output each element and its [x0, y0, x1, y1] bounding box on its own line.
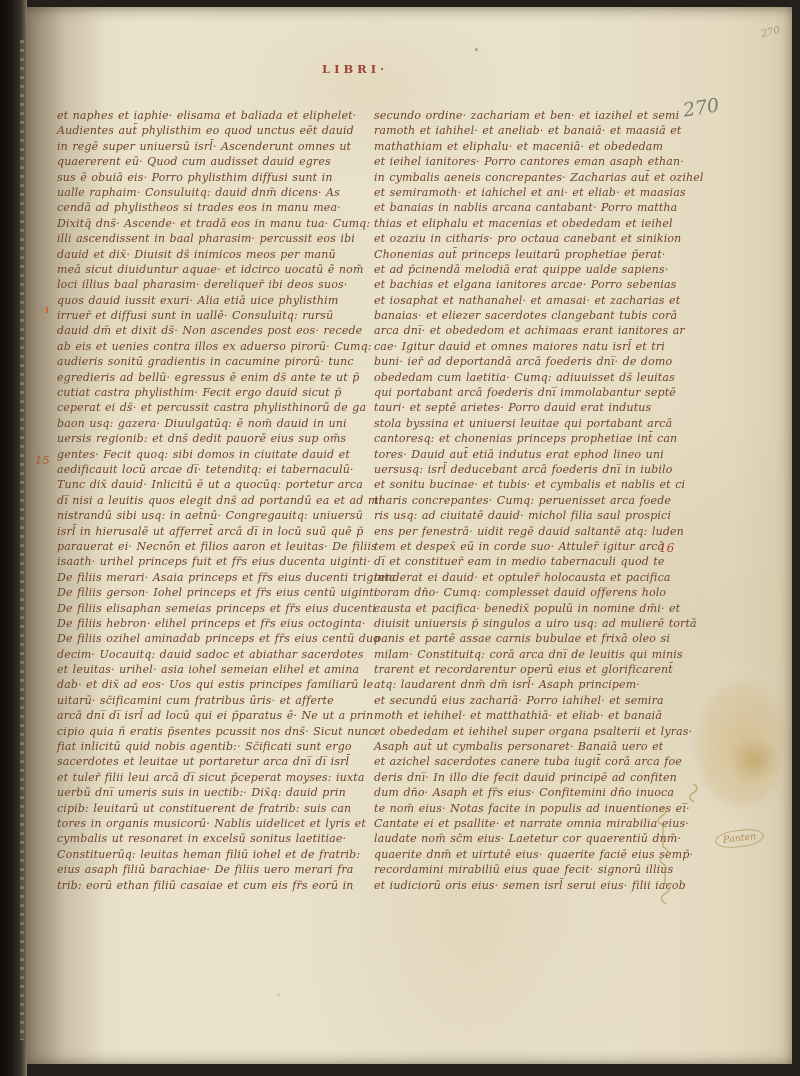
manuscript-line: Tunc dix̄ dauid· Inlicitū ē ut a quocūq:… — [57, 477, 391, 492]
manuscript-line: sacerdotes et leuitae ut portaretur arca… — [57, 754, 391, 769]
manuscript-line: ab eis et uenies contra illos ex aduerso… — [57, 339, 391, 354]
book-spine — [0, 0, 27, 1076]
manuscript-line: tores· Dauid aut̄ etiā indutus erat epho… — [374, 447, 708, 462]
manuscript-line: De filiis elisaphan semeias princeps et … — [57, 601, 391, 616]
manuscript-line: isrl̄ in hierusalē ut afferret̄ arcā di̅… — [57, 524, 391, 539]
manuscript-page: LIBRI· 270 270 et naphes et iaphie· elis… — [27, 7, 792, 1064]
manuscript-line: coram dn̄o· Cumq: complesset dauid offer… — [374, 585, 708, 600]
manuscript-line: et semiramoth· et iahichel et ani· et el… — [374, 185, 708, 200]
manuscript-line: eius asaph filiū barachiae· De filiis ue… — [57, 862, 391, 877]
manuscript-line: in regē super uniuersū isrl̄· Ascenderun… — [57, 139, 391, 154]
manuscript-line: qui portabant arcā foederis dni̅ immolab… — [374, 385, 708, 400]
manuscript-line: Asaph aut̄ ut cymbalis personaret· Banai… — [374, 739, 708, 754]
manuscript-line: banaias· et eliezer sacerdotes clangeban… — [374, 308, 708, 323]
manuscript-line: Dixitq̄ dns̄· Ascende· et tradā eos in m… — [57, 216, 391, 231]
manuscript-line: cipio quia ñ eratis p̄sentes pcussit nos… — [57, 724, 391, 739]
manuscript-line: et naphes et iaphie· elisama et baliada … — [57, 108, 391, 123]
manuscript-line: parauerat ei· Necnōn et filios aaron et … — [57, 539, 391, 554]
manuscript-line: tauri· et septē arietes· Porro dauid era… — [374, 400, 708, 415]
manuscript-line: et obededam et iehihel super organa psal… — [374, 724, 708, 739]
paragraph-mark: ı — [45, 303, 49, 316]
chapter-number-15-marginal: 15 — [35, 453, 50, 467]
manuscript-line: uerbū dni̅ umeris suis in uectib:· Dix̄q… — [57, 785, 391, 800]
manuscript-line: cantoresq: et chonenias princeps prophet… — [374, 431, 708, 446]
manuscript-line: uitarū· sc̄ificamini cum fratribus ūris·… — [57, 693, 391, 708]
manuscript-line: in cymbalis aeneis concrepantes· Zachari… — [374, 170, 708, 185]
manuscript-line: et iosaphat et nathanahel· et amasai· et… — [374, 293, 708, 308]
manuscript-line: ualle raphaim· Consuluitq: dauid dnm̄ di… — [57, 185, 391, 200]
page-header-title: LIBRI· — [322, 62, 388, 76]
manuscript-line: De filiis merari· Asaia princeps et fr̄s… — [57, 570, 391, 585]
manuscript-line: arca dni̅· et obededom et achimaas erant… — [374, 323, 708, 338]
manuscript-line: ris usq: ad ciuitatē dauid· michol filia… — [374, 508, 708, 523]
manuscript-line: cae· Igitur dauid et omnes maiores natu … — [374, 339, 708, 354]
manuscript-line: et ad p̄cinendā melodiā erat quippe uald… — [374, 262, 708, 277]
manuscript-line: baon usq: gazera· Diuulgatūq: ē nom̄ dau… — [57, 416, 391, 431]
manuscript-line: tharis concrepantes· Cumq: peruenisset a… — [374, 493, 708, 508]
manuscript-line: Audientes aut̄ phylisthim eo quod unctus… — [57, 123, 391, 138]
manuscript-line: meā sicut diuiduntur aquae· et idcirco u… — [57, 262, 391, 277]
manuscript-line: loci illius baal pharasim· dereliquer̄ i… — [57, 277, 391, 292]
manuscript-line: Chonenias aut̄ princeps leuitarū prophet… — [374, 247, 708, 262]
manuscript-line: et ozaziu in citharis· pro octaua caneba… — [374, 231, 708, 246]
manuscript-line: dauid et dix̄· Diuisit ds̄ inimicos meos… — [57, 247, 391, 262]
manuscript-line: buni· ier̄ ad deportandā arcā foederis d… — [374, 354, 708, 369]
manuscript-photo: LIBRI· 270 270 et naphes et iaphie· elis… — [0, 0, 800, 1076]
manuscript-line: sus ē obuiā eis· Porro phylisthim diffus… — [57, 170, 391, 185]
manuscript-line: Constituerūq: leuitas heman filiū iohel … — [57, 847, 391, 862]
manuscript-line: tenderat ei dauid· et optuler̄ holocaust… — [374, 570, 708, 585]
manuscript-line: De filiis ozihel aminadab princeps et fr… — [57, 631, 391, 646]
manuscript-line: arcā dni̅ di̅ isrl̄ ad locū qui ei p̄par… — [57, 708, 391, 723]
manuscript-line: uersis regionib: et dns̄ dedit pauorē ei… — [57, 431, 391, 446]
manuscript-line: trarent et recordarentur operū eius et g… — [374, 662, 708, 677]
manuscript-line: obededam cum laetitia· Cumq: adiuuisset … — [374, 370, 708, 385]
manuscript-line: stola byssina et uniuersi leuitae qui po… — [374, 416, 708, 431]
manuscript-line: moth et iehihel· et matthathiā· et eliab… — [374, 708, 708, 723]
manuscript-line: panis et partē assae carnis bubulae et f… — [374, 631, 708, 646]
manuscript-line: diuisit uniuersis p̄ singulos a uiro usq… — [374, 616, 708, 631]
manuscript-line: tores in organis musicorū· Nablis uideli… — [57, 816, 391, 831]
left-text-column: et naphes et iaphie· elisama et baliada … — [57, 108, 391, 893]
manuscript-line: trib: eorū ethan filiū casaiae et cum ei… — [57, 878, 391, 893]
page-stack-edge — [20, 40, 24, 1040]
manuscript-line: milam· Constituitq: corā arca dni̅ de le… — [374, 647, 708, 662]
manuscript-line: mathathiam et eliphalu· et maceniā· et o… — [374, 139, 708, 154]
circled-margin-annotation: Panten — [714, 827, 765, 850]
manuscript-line: nistrandū sibi usq: in aet̄nū· Congregau… — [57, 508, 391, 523]
manuscript-line: dauid dm̄ et dixit ds̄· Non ascendes pos… — [57, 323, 391, 338]
manuscript-line: tem et despex̄ eū in corde suo· Attuler̄… — [374, 539, 708, 554]
manuscript-line: et leuitas· urihel· asia iohel semeian e… — [57, 662, 391, 677]
manuscript-line: quaererent eū· Quod cum audisset dauid e… — [57, 154, 391, 169]
manuscript-line: et azichel sacerdotes canere tuba iugit̄… — [374, 754, 708, 769]
corner-folio-number: 270 — [760, 25, 781, 40]
manuscript-line: et banaias in nablis arcana cantabant· P… — [374, 200, 708, 215]
manuscript-line: cutiat castra phylisthim· Fecit ergo dau… — [57, 385, 391, 400]
manuscript-line: isaath· urihel princeps fuit et fr̄s eiu… — [57, 554, 391, 569]
manuscript-line: De filiis hebron· elihel princeps et fr̄… — [57, 616, 391, 631]
manuscript-line: audieris sonitū gradientis in cacumine p… — [57, 354, 391, 369]
manuscript-line: irruer̄ et diffusi sunt in uallē· Consul… — [57, 308, 391, 323]
manuscript-line: egredieris ad bellū· egressus ē enim ds̄… — [57, 370, 391, 385]
manuscript-line: secundo ordine· zachariam et ben· et iaz… — [374, 108, 708, 123]
nota-flourish-icon — [647, 779, 707, 914]
right-text-column: secundo ordine· zachariam et ben· et iaz… — [374, 108, 708, 893]
manuscript-line: ramoth et iahihel· et aneliab· et banaiā… — [374, 123, 708, 138]
manuscript-line: et bachias et elgana ianitores arcae· Po… — [374, 277, 708, 292]
manuscript-line: aedificauit locū arcae di̅· tetenditq: e… — [57, 462, 391, 477]
manuscript-line: thias et eliphalu et macenias et obededa… — [374, 216, 708, 231]
ink-speck — [277, 993, 280, 996]
manuscript-line: decim· Uocauitq: dauid sadoc et abiathar… — [57, 647, 391, 662]
manuscript-line: et tuler̄ filii leui arcā di̅ sicut p̄ce… — [57, 770, 391, 785]
manuscript-line: cipib: leuitarū ut constituerent de frat… — [57, 801, 391, 816]
manuscript-line: atq: laudarent dnm̄ dm̄ isrl̄· Asaph pri… — [374, 677, 708, 692]
manuscript-line: et sonitu bucinae· et tubis· et cymbalis… — [374, 477, 708, 492]
manuscript-line: cymbalis ut resonaret in excelsū sonitus… — [57, 831, 391, 846]
ink-speck — [475, 48, 478, 51]
manuscript-line: ceperat ei ds̄· et percussit castra phyl… — [57, 400, 391, 415]
manuscript-line: cendā ad phylistheos si trades eos in ma… — [57, 200, 391, 215]
manuscript-line: gentes· Fecit quoq: sibi domos in ciuita… — [57, 447, 391, 462]
manuscript-line: et secundū eius zachariā· Porro iahihel·… — [374, 693, 708, 708]
manuscript-line: et ieihel ianitores· Porro cantores eman… — [374, 154, 708, 169]
manuscript-line: quos dauid iussit exuri· Alia etiā uice … — [57, 293, 391, 308]
manuscript-line: dab· et dix̄ ad eos· Uos qui estis princ… — [57, 677, 391, 692]
manuscript-line: causta et pacifica· benedix̄ populū in n… — [374, 601, 708, 616]
manuscript-line: De filiis gerson· Iohel princeps et fr̄s… — [57, 585, 391, 600]
manuscript-line: illi ascendissent in baal pharasim· perc… — [57, 231, 391, 246]
parchment-stain-dark — [733, 735, 777, 785]
chapter-number-16-marginal: 16 — [659, 541, 674, 555]
manuscript-line: ens per fenestrā· uidit regē dauid salta… — [374, 524, 708, 539]
manuscript-line: fiat inlicitū quid nobis agentib:· Sc̄if… — [57, 739, 391, 754]
manuscript-line: uersusq: isrl̄ deducebant arcā foederis … — [374, 462, 708, 477]
manuscript-line: di̅ et constituer̄ eam in medio tabernac… — [374, 554, 708, 569]
manuscript-line: di̅ nisi a leuitis quos elegit dns̄ ad p… — [57, 493, 391, 508]
